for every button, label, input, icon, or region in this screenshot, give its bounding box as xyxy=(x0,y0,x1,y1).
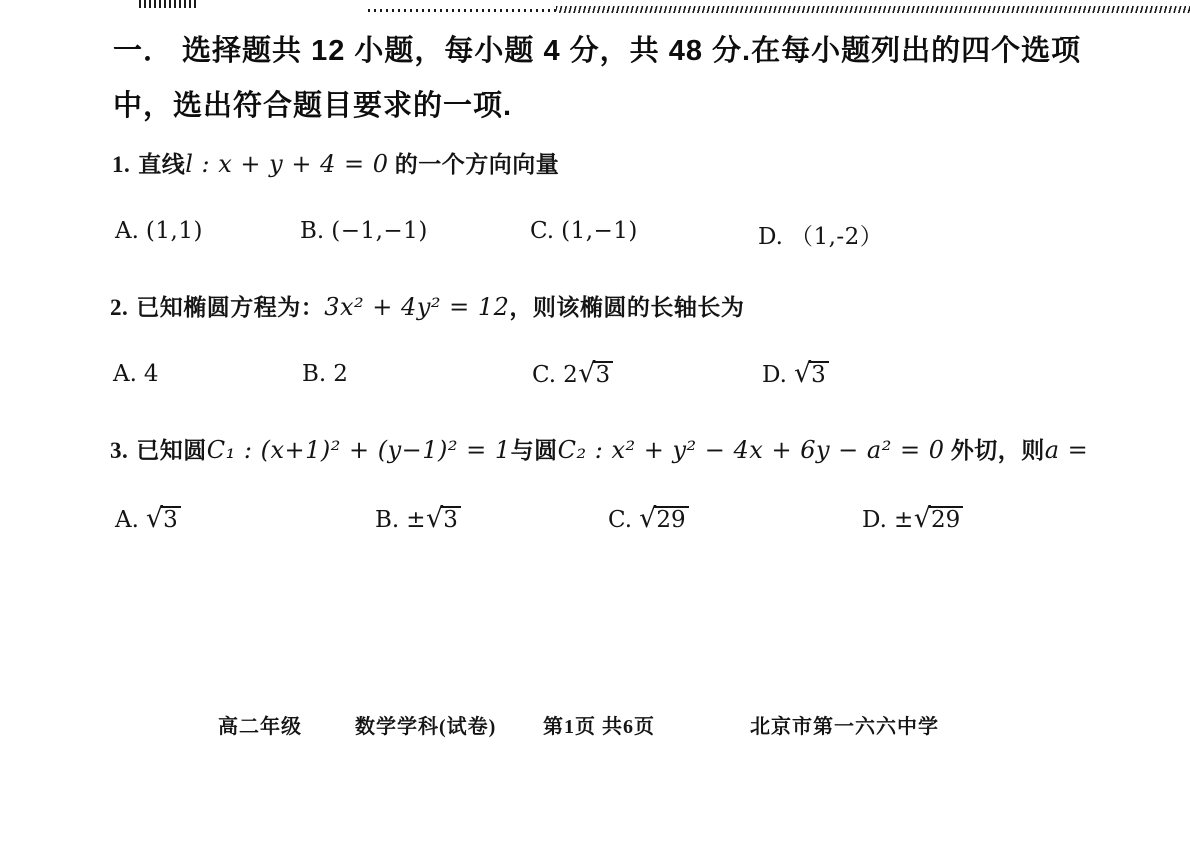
question-3-formula-3: a = xyxy=(1045,436,1089,464)
radical-sign: √ xyxy=(794,358,809,389)
question-3-text-post: 外切，则 xyxy=(951,438,1045,463)
question-3-option-b: B.±√3 xyxy=(375,503,461,534)
radical-sign: √ xyxy=(426,503,441,534)
question-2-text-post: ，则该椭圆的长轴长为 xyxy=(509,295,744,320)
scan-artifact-wavy-line xyxy=(556,6,1190,13)
question-3-text-pre: 已知圆 xyxy=(136,438,207,463)
question-2-option-a: A.4 xyxy=(113,361,159,387)
scan-artifact-dotted-line xyxy=(368,9,558,12)
question-1-text-pre: 直线 xyxy=(138,152,185,177)
footer-school: 北京市第一六六中学 xyxy=(750,710,939,739)
section-heading-line-1: 一． 选择题共 12 小题，每小题 4 分，共 48 分.在每小题列出的四个选项 xyxy=(113,28,1081,69)
question-2-option-b: B.2 xyxy=(302,361,348,387)
question-1-stem: 1.直线l : x + y + 4 = 0 的一个方向向量 xyxy=(112,146,559,179)
footer-page-info: 第1页 共6页 xyxy=(543,710,655,739)
radical-sign: √ xyxy=(639,503,654,534)
question-1-text-post: 的一个方向向量 xyxy=(395,152,560,177)
question-2-text-pre: 已知椭圆方程为： xyxy=(136,295,324,320)
question-1-option-d: D.（1,-2） xyxy=(758,218,883,251)
question-3-text-mid: 与圆 xyxy=(511,438,558,463)
question-2-number: 2. xyxy=(110,295,128,320)
question-1-option-b: B.(−1,−1) xyxy=(300,218,428,244)
exam-page: { "heading": { "line1": "一． 选择题共 12 小题，每… xyxy=(0,0,1190,842)
question-2-stem: 2.已知椭圆方程为：3x² + 4y² = 12，则该椭圆的长轴长为 xyxy=(110,289,744,322)
radical-sign: √ xyxy=(146,503,161,534)
question-3-stem: 3.已知圆C₁ : (x+1)² + (y−1)² = 1与圆C₂ : x² +… xyxy=(110,432,1088,465)
scan-artifact-scribble xyxy=(139,0,196,8)
question-2-formula: 3x² + 4y² = 12 xyxy=(324,293,509,321)
question-3-formula-2: C₂ : x² + y² − 4x + 6y − a² = 0 xyxy=(558,436,945,464)
radical-sign: √ xyxy=(914,503,929,534)
question-1-number: 1. xyxy=(112,152,130,177)
question-3-option-a: A.√3 xyxy=(115,503,181,534)
radical-sign: √ xyxy=(578,358,593,389)
footer-subject: 数学学科(试卷) xyxy=(355,710,496,739)
question-3-formula-1: C₁ : (x+1)² + (y−1)² = 1 xyxy=(207,436,511,464)
question-1-formula: l : x + y + 4 = 0 xyxy=(185,150,388,178)
footer-grade: 高二年级 xyxy=(218,710,302,739)
section-heading-line-2: 中，选出符合题目要求的一项. xyxy=(113,83,512,124)
question-1-option-a: A.(1,1) xyxy=(115,218,203,244)
question-2-option-d: D.√3 xyxy=(762,358,829,389)
question-1-option-c: C.(1,−1) xyxy=(530,218,638,244)
question-3-option-d: D.±√29 xyxy=(862,503,963,534)
question-3-number: 3. xyxy=(110,438,128,463)
question-2-option-c: C.2√3 xyxy=(532,358,613,389)
question-3-option-c: C.√29 xyxy=(608,503,689,534)
